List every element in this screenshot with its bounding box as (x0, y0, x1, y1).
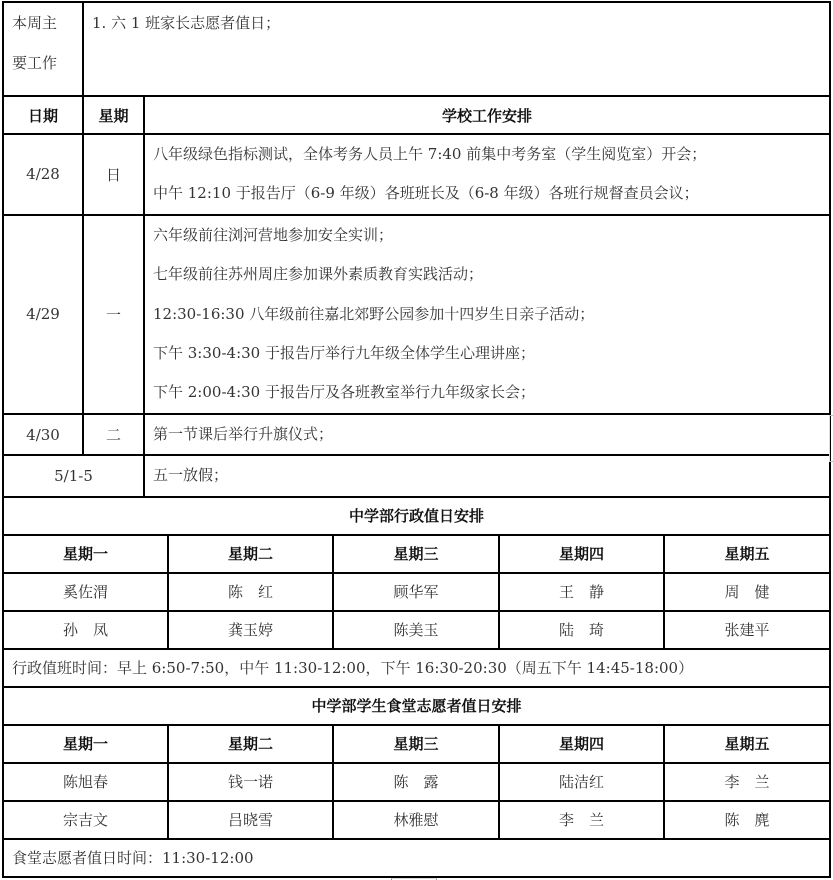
canteen-duty-note-row: 食堂志愿者值日时间：11:30-12:00 (3, 839, 830, 877)
schedule-row-51: 5/1-5 五一放假； (3, 455, 830, 496)
volunteer: 钱一诺 (168, 763, 333, 801)
admin-duty-title: 中学部行政值日安排 (3, 497, 830, 535)
summary-label-line2: 要工作 (12, 43, 74, 83)
schedule-item: 下午 3:30-4:30 于报告厅举行九年级全体学生心理讲座； (153, 334, 829, 373)
row-date: 5/1-5 (3, 455, 144, 496)
row-items: 六年级前往浏河营地参加安全实训； 七年级前往苏州周庄参加课外素质教育实践活动； … (144, 215, 830, 414)
canteen-duty-title: 中学部学生食堂志愿者值日安排 (3, 687, 830, 725)
volunteer: 陈旭春 (3, 763, 168, 801)
schedule-item: 六年级前往浏河营地参加安全实训； (153, 216, 829, 255)
volunteer: 宗吉文 (3, 801, 168, 839)
row-items: 八年级绿色指标测试，全体考务人员上午 7:40 前集中考务室（学生阅览室）开会；… (144, 134, 830, 215)
schedule-row-429: 4/29 一 六年级前往浏河营地参加安全实训； 七年级前往苏州周庄参加课外素质教… (3, 215, 830, 414)
day-header: 星期三 (333, 535, 499, 573)
weekly-summary-row: 本周主 要工作 1. 六 1 班家长志愿者值日； (3, 2, 830, 96)
schedule-item: 五一放假； (153, 456, 829, 495)
table-resize-handle[interactable] (829, 415, 833, 462)
volunteer: 李 兰 (664, 763, 830, 801)
volunteer: 陆洁红 (499, 763, 664, 801)
schedule-item: 下午 2:00-4:30 于报告厅及各班教室举行九年级家长会； (153, 373, 829, 412)
admin-duty-note-row: 行政值班时间：早上 6:50-7:50，中午 11:30-12:00，下午 16… (3, 649, 830, 687)
school-work-table: 本周主 要工作 1. 六 1 班家长志愿者值日； 日期 星期 学校工作安排 4/… (2, 1, 831, 498)
header-weekday: 星期 (83, 96, 144, 134)
day-header: 星期二 (168, 535, 333, 573)
duty-person: 龚玉婷 (168, 611, 333, 649)
duty-person: 王 静 (499, 573, 664, 611)
canteen-duty-title-row: 中学部学生食堂志愿者值日安排 (3, 687, 830, 725)
day-header: 星期五 (664, 725, 830, 763)
weekly-summary-label: 本周主 要工作 (3, 2, 83, 96)
day-header: 星期四 (499, 725, 664, 763)
canteen-duty-days-row: 星期一 星期二 星期三 星期四 星期五 (3, 725, 830, 763)
volunteer: 陈 麂 (664, 801, 830, 839)
admin-duty-days-row: 星期一 星期二 星期三 星期四 星期五 (3, 535, 830, 573)
schedule-item: 12:30-16:30 八年级前往嘉北郊野公园参加十四岁生日亲子活动； (153, 295, 829, 334)
day-header: 星期五 (664, 535, 830, 573)
duty-person: 陈美玉 (333, 611, 499, 649)
duty-person: 张建平 (664, 611, 830, 649)
weekly-summary-content: 1. 六 1 班家长志愿者值日； (83, 2, 830, 96)
row-weekday: 一 (83, 215, 144, 414)
admin-duty-hours: 行政值班时间：早上 6:50-7:50，中午 11:30-12:00，下午 16… (3, 649, 830, 687)
admin-duty-table: 中学部行政值日安排 星期一 星期二 星期三 星期四 星期五 奚佐渭 陈 红 顾华… (2, 496, 831, 688)
duty-person: 顾华军 (333, 573, 499, 611)
volunteer: 陈 露 (333, 763, 499, 801)
header-arrangement: 学校工作安排 (144, 96, 830, 134)
row-date: 4/30 (3, 414, 83, 455)
row-weekday: 二 (83, 414, 144, 455)
row-weekday: 日 (83, 134, 144, 215)
schedule-item: 七年级前往苏州周庄参加课外素质教育实践活动； (153, 255, 829, 294)
day-header: 星期四 (499, 535, 664, 573)
admin-duty-row: 奚佐渭 陈 红 顾华军 王 静 周 健 (3, 573, 830, 611)
row-items: 五一放假； (144, 455, 830, 496)
day-header: 星期一 (3, 535, 168, 573)
schedule-header-row: 日期 星期 学校工作安排 (3, 96, 830, 134)
day-header: 星期三 (333, 725, 499, 763)
schedule-item: 八年级绿色指标测试，全体考务人员上午 7:40 前集中考务室（学生阅览室）开会； (153, 135, 829, 174)
weekly-schedule-document: 本周主 要工作 1. 六 1 班家长志愿者值日； 日期 星期 学校工作安排 4/… (2, 1, 829, 878)
summary-label-line1: 本周主 (12, 3, 74, 43)
duty-person: 周 健 (664, 573, 830, 611)
volunteer: 李 兰 (499, 801, 664, 839)
duty-person: 陆 琦 (499, 611, 664, 649)
canteen-duty-hours: 食堂志愿者值日时间：11:30-12:00 (3, 839, 830, 877)
schedule-item: 中午 12:10 于报告厅（6-9 年级）各班班长及（6-8 年级）各班行规督查… (153, 174, 829, 213)
row-items: 第一节课后举行升旗仪式； (144, 414, 830, 455)
row-date: 4/29 (3, 215, 83, 414)
duty-person: 陈 红 (168, 573, 333, 611)
duty-person: 奚佐渭 (3, 573, 168, 611)
day-header: 星期一 (3, 725, 168, 763)
canteen-duty-row: 陈旭春 钱一诺 陈 露 陆洁红 李 兰 (3, 763, 830, 801)
schedule-row-430: 4/30 二 第一节课后举行升旗仪式； (3, 414, 830, 455)
schedule-item: 第一节课后举行升旗仪式； (153, 415, 829, 454)
admin-duty-title-row: 中学部行政值日安排 (3, 497, 830, 535)
admin-duty-row: 孙 凤 龚玉婷 陈美玉 陆 琦 张建平 (3, 611, 830, 649)
day-header: 星期二 (168, 725, 333, 763)
canteen-duty-table: 中学部学生食堂志愿者值日安排 星期一 星期二 星期三 星期四 星期五 陈旭春 钱… (2, 686, 831, 878)
canteen-duty-row: 宗吉文 吕晓雪 林雅慰 李 兰 陈 麂 (3, 801, 830, 839)
duty-person: 孙 凤 (3, 611, 168, 649)
schedule-row-428: 4/28 日 八年级绿色指标测试，全体考务人员上午 7:40 前集中考务室（学生… (3, 134, 830, 215)
header-date: 日期 (3, 96, 83, 134)
volunteer: 林雅慰 (333, 801, 499, 839)
row-date: 4/28 (3, 134, 83, 215)
volunteer: 吕晓雪 (168, 801, 333, 839)
